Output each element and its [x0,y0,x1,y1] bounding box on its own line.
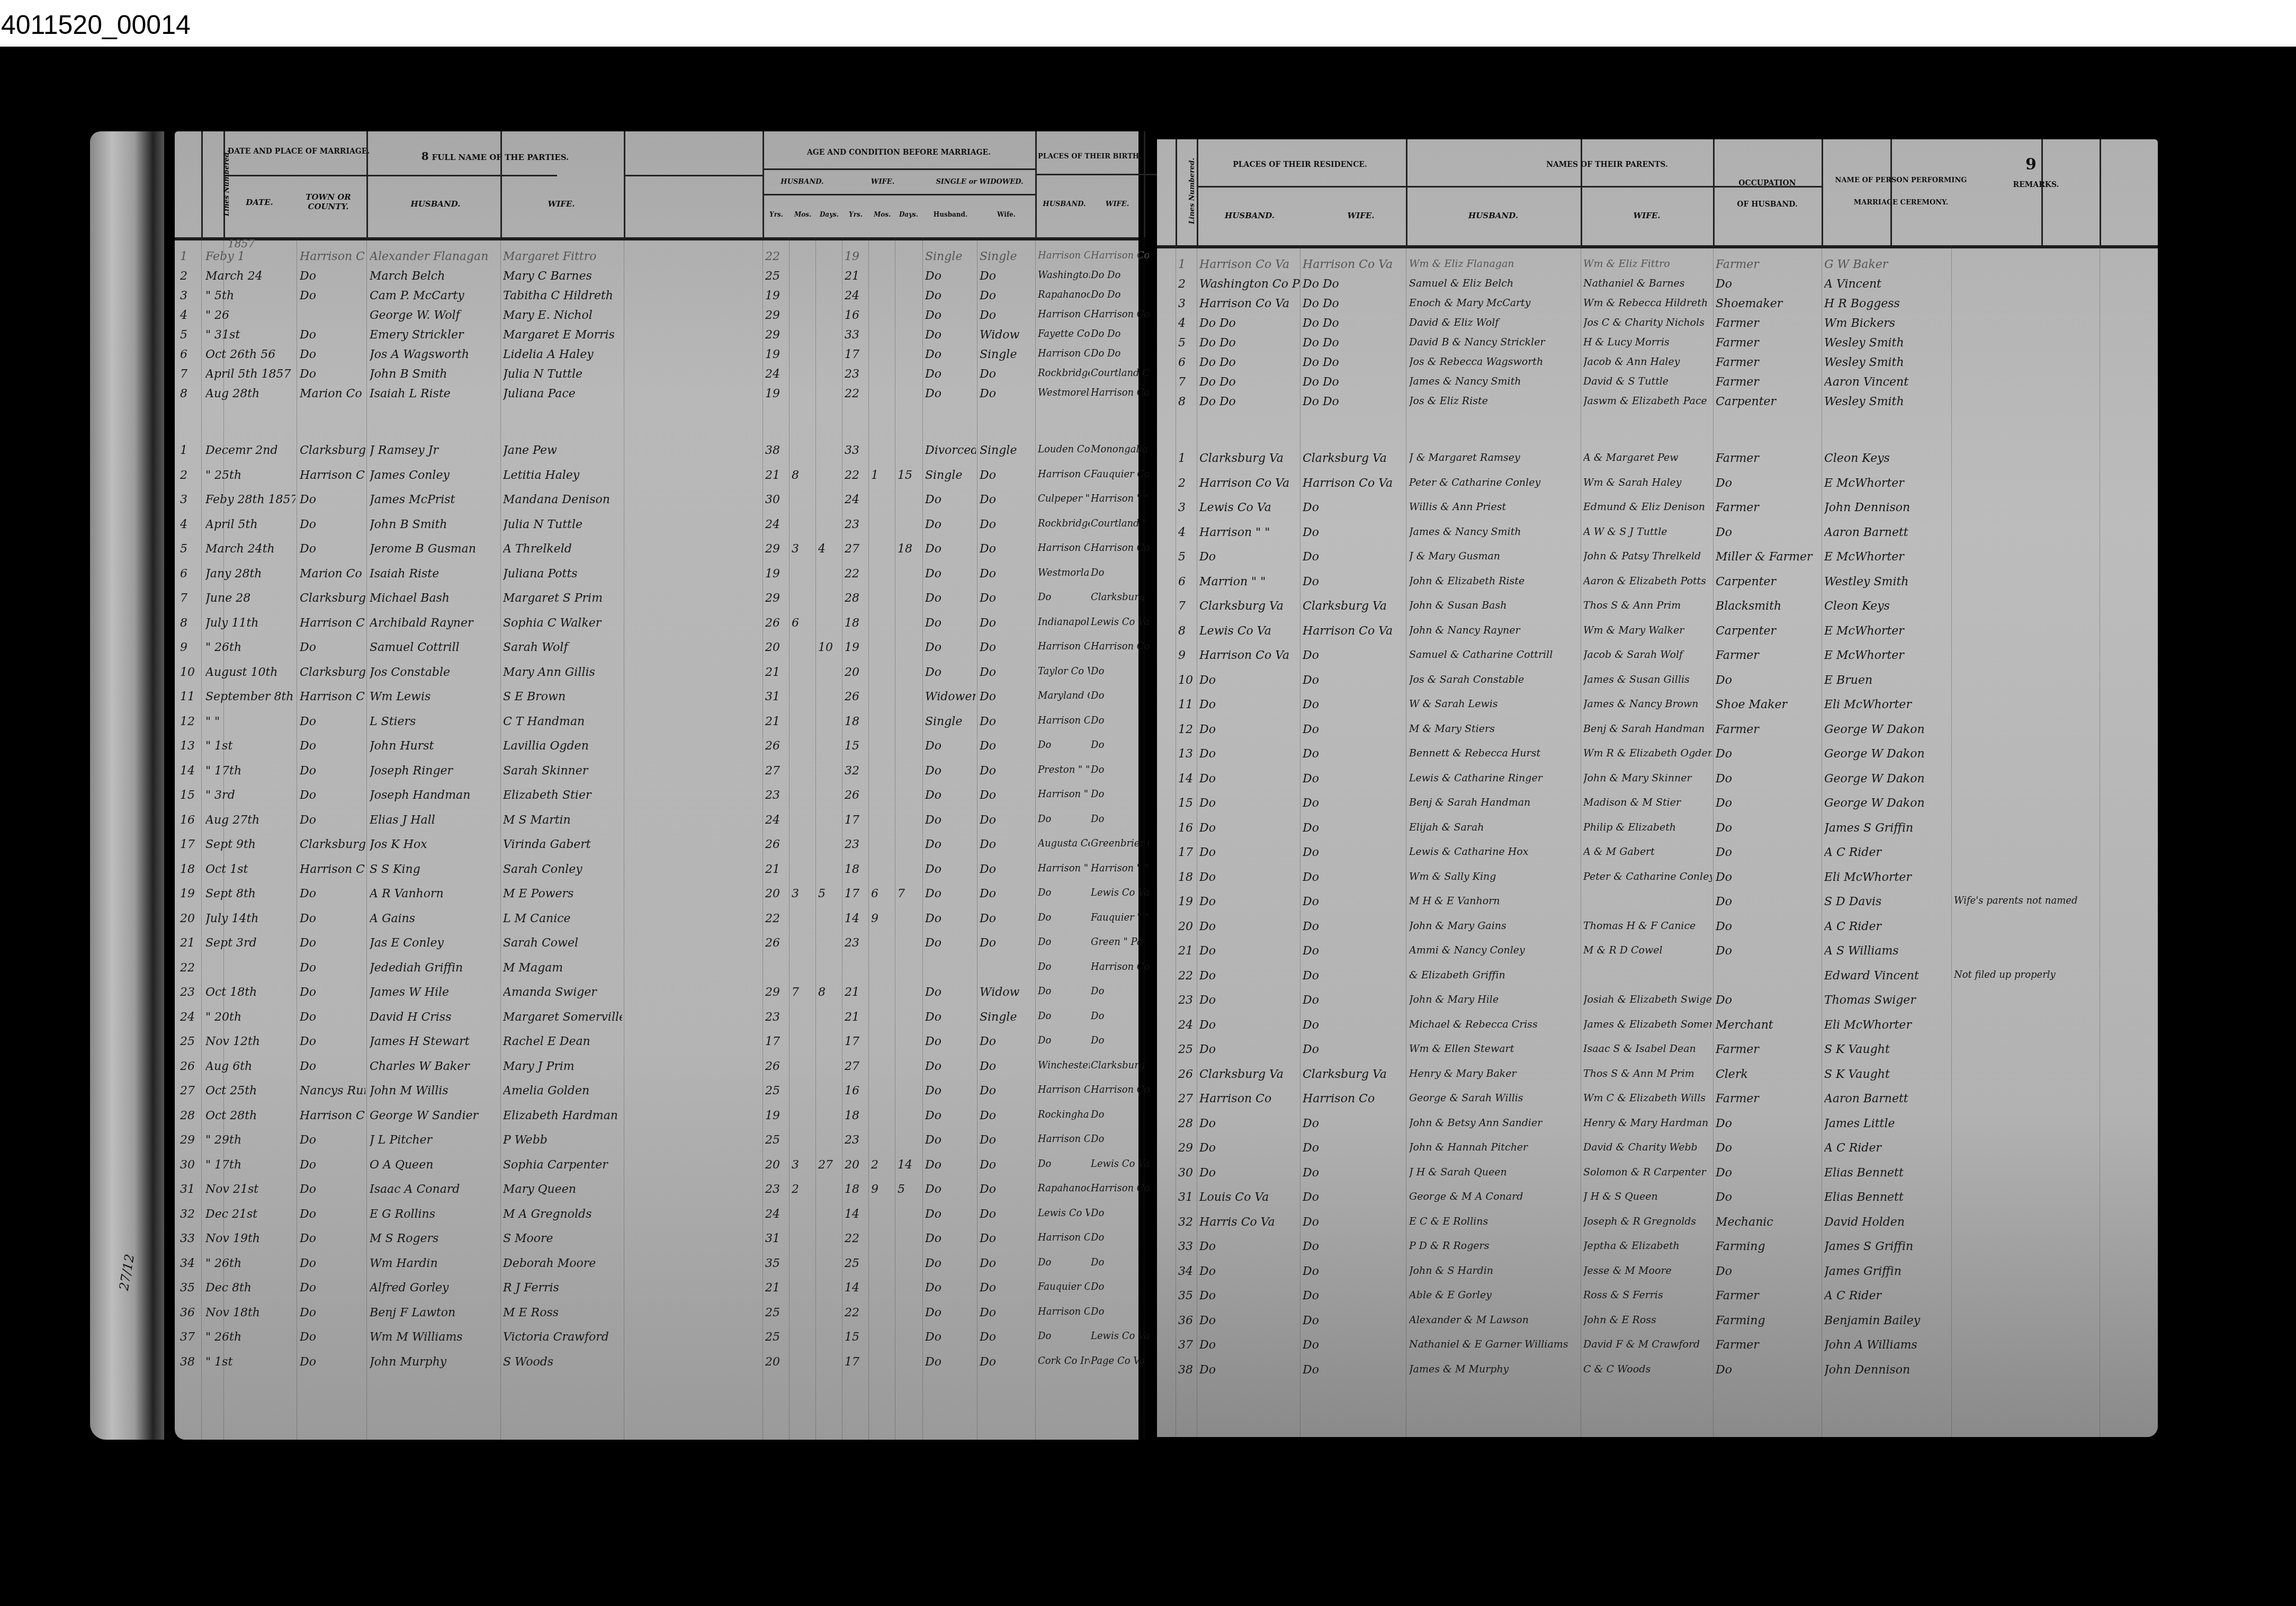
left-entry-w-yrs: 24 [845,289,868,302]
right-entry-no: 33 [1178,1240,1197,1253]
left-entry-no: 31 [180,1183,200,1196]
right-entry-row: 28DoDoJohn & Betsy Ann SandierHenry & Ma… [1157,1115,2158,1135]
left-entry-date: " 26 [205,309,295,322]
right-entry-officiant: E McWhorter [1824,477,1950,490]
left-entry-w-birth: Courtland " NY [1091,518,1149,529]
left-entry-h-cond: Do [925,887,976,900]
right-entry-officiant: John Dennison [1824,1363,1950,1377]
left-entry-w-days: 15 [898,469,921,482]
right-entry-h-parents: P D & R Rogers [1409,1240,1580,1252]
left-entry-w-cond: Do [980,1109,1034,1122]
right-entry-occupation: Farmer [1716,336,1820,350]
left-entry-h-yrs: 17 [765,1035,788,1048]
right-entry-h-res: Do [1199,674,1300,687]
left-entry-h-birth: Harrison Co Va [1038,250,1090,261]
left-entry-w-cond: Do [980,838,1034,851]
right-entry-w-parents: David & S Tuttle [1583,376,1712,387]
right-entry-w-parents: Jesse & M Moore [1583,1265,1712,1277]
left-entry-h-cond: Do [925,1060,976,1073]
left-entry-no: 25 [180,1035,200,1048]
right-entry-no: 23 [1178,994,1197,1007]
right-entry-w-res: Do [1303,1339,1406,1352]
left-entry-date: Aug 28th [205,387,295,400]
left-entry-h-days: 4 [818,542,841,556]
left-entry-h-yrs: 29 [765,309,788,322]
left-entry-w-birth: Do [1091,764,1149,775]
right-entry-w-res: Do [1303,1043,1406,1056]
left-entry-husband: Michael Bash [370,592,499,605]
left-entry-w-yrs: 33 [845,444,868,457]
left-entry-w-yrs: 17 [845,1355,868,1369]
right-entry-occupation: Farmer [1716,723,1820,736]
right-entry-occupation: Farmer [1716,1339,1820,1352]
header-remarks: REMARKS. [1983,181,2089,189]
left-entry-husband: Jos A Wagsworth [370,348,499,361]
left-entry-w-birth: Lewis Co Va [1091,887,1149,898]
left-entry-h-yrs: 29 [765,542,788,556]
left-entry-h-cond: Do [925,493,976,506]
left-entry-no: 34 [180,1257,200,1270]
left-entry-w-birth: Harrison Co Va [1091,250,1149,261]
left-entry-place: Clarksburg [300,838,365,851]
left-entry-h-mos: 6 [792,617,815,630]
right-entry-no: 6 [1178,575,1197,588]
left-entry-w-cond: Do [980,387,1034,400]
right-entry-h-parents: Samuel & Catharine Cottrill [1409,649,1580,661]
right-entry-officiant: A Vincent [1824,278,1950,291]
header-birth-husband: HUSBAND. [1038,200,1091,208]
left-entry-husband: Benj F Lawton [370,1306,499,1319]
right-entry-h-parents: John & Mary Hile [1409,994,1580,1005]
left-entry-place: Do [300,887,365,900]
left-entry-h-cond: Do [925,1281,976,1295]
right-entry-occupation: Farmer [1716,649,1820,662]
left-entry-h-birth: Rockingham County [1038,1109,1090,1120]
left-entry-w-yrs: 28 [845,592,868,605]
left-entry-h-birth: Westmoreland Co Pa [1038,387,1090,398]
left-entry-w-yrs: 14 [845,1208,868,1221]
right-entry-no: 3 [1178,501,1197,514]
right-entry-w-res: Do [1303,526,1406,539]
left-entry-wife: Deborah Moore [503,1257,622,1270]
right-entry-h-res: Do [1199,994,1300,1007]
right-entry-w-parents: J H & S Queen [1583,1191,1712,1202]
right-entry-h-res: Do [1199,1265,1300,1278]
left-entry-no: 15 [180,789,200,802]
right-entry-officiant: Elias Bennett [1824,1166,1950,1180]
left-entry-wife: Mary Queen [503,1183,622,1196]
left-entry-h-yrs: 25 [765,270,788,283]
left-entry-no: 38 [180,1355,200,1369]
left-entry-no: 22 [180,961,200,975]
header-sw-husband: Husband. [924,211,977,218]
left-entry-h-cond: Do [925,1183,976,1196]
right-entry-row: 21DoDoAmmi & Nancy ConleyM & R D CowelDo… [1157,942,2158,962]
left-entry-h-birth: Do [1038,592,1090,603]
right-entry-h-res: Lewis Co Va [1199,501,1300,514]
left-entry-h-birth: Rapahanock Co Va [1038,1183,1090,1194]
left-entry-date: Oct 25th [205,1084,295,1098]
left-entry-no: 2 [180,270,200,283]
left-entry-w-birth: Harrison Co Va [1091,961,1149,972]
left-entry-no: 4 [180,309,200,322]
right-entry-occupation: Farmer [1716,317,1820,330]
left-entry-w-cond: Do [980,270,1034,283]
right-entry-h-parents: W & Sarah Lewis [1409,698,1580,710]
right-entry-row: 6Do DoDo DoJos & Rebecca WagsworthJacob … [1157,354,2158,373]
left-entry-h-cond: Do [925,368,976,381]
right-entry-h-parents: Lewis & Catharine Hox [1409,846,1580,858]
right-entry-w-parents: James & Nancy Brown [1583,698,1712,710]
left-page-header: Lines Numbered. DATE AND PLACE OF MARRIA… [175,131,1138,240]
left-entry-w-yrs: 23 [845,936,868,950]
right-entry-w-parents: Nathaniel & Barnes [1583,278,1712,289]
left-entry-w-birth: Fauquier Co Va [1091,469,1149,480]
left-entry-w-days: 5 [898,1183,921,1196]
right-entry-w-parents: Peter & Catharine Conley [1583,871,1712,882]
right-entry-h-res: Clarksburg Va [1199,600,1300,613]
left-entry-h-yrs: 30 [765,493,788,506]
left-entry-w-birth: Harrison Co Va [1091,641,1149,652]
right-entry-h-res: Do [1199,1019,1300,1032]
right-entry-no: 13 [1178,747,1197,761]
left-entry-date: " 5th [205,289,295,302]
left-entry-date: " 29th [205,1134,295,1147]
left-entry-wife: S E Brown [503,690,622,703]
left-entry-husband: Jerome B Gusman [370,542,499,556]
left-entry-place: Clarksburg [300,592,365,605]
left-entry-w-cond: Do [980,863,1034,876]
header-birth-places: PLACES OF THEIR BIRTH. [1038,153,1141,160]
left-entry-w-yrs: 17 [845,814,868,827]
left-entry-no: 24 [180,1011,200,1024]
right-entry-w-parents: A W & S J Tuttle [1583,526,1712,538]
left-entry-h-birth: Harrison Co Va [1038,715,1090,726]
left-entry-wife: Sarah Conley [503,863,622,876]
left-entry-husband: Isaiah Riste [370,567,499,581]
right-entry-occupation: Carpenter [1716,624,1820,638]
left-entry-h-cond: Do [925,348,976,361]
right-entry-h-parents: Wm & Eliz Flanagan [1409,258,1580,270]
right-entry-h-res: Do Do [1199,376,1300,389]
right-entry-w-res: Do Do [1303,356,1406,369]
right-entry-occupation: Farming [1716,1240,1820,1253]
right-entry-h-parents: George & M A Conard [1409,1191,1580,1202]
right-entry-officiant: Edward Vincent [1824,969,1950,983]
left-entry-place: Do [300,1134,365,1147]
left-entry-w-yrs: 18 [845,1109,868,1122]
header-officiant: NAME OF PERSON PERFORMING [1822,176,1980,184]
right-entry-occupation: Do [1716,526,1820,539]
right-entry-h-parents: Alexander & M Lawson [1409,1314,1580,1326]
left-entry-place: Do [300,961,365,975]
left-entry-wife: C T Handman [503,715,622,728]
left-entry-husband: Isaac A Conard [370,1183,499,1196]
left-entry-w-cond: Do [980,1134,1034,1147]
right-entry-w-parents: Isaac S & Isabel Dean [1583,1043,1712,1055]
left-entry-date: Aug 27th [205,814,295,827]
right-entry-h-res: Do [1199,822,1300,835]
right-entry-no: 18 [1178,871,1197,884]
left-entry-w-birth: Do [1091,567,1149,578]
right-entry-row: 8Do DoDo DoJos & Eliz RisteJaswm & Eliza… [1157,393,2158,413]
header-age-wife: WIFE. [843,178,922,186]
left-entry-no: 19 [180,887,200,900]
left-entry-no: 29 [180,1134,200,1147]
right-entry-officiant: Eli McWhorter [1824,871,1950,884]
left-entry-row: 33Nov 19thDoM S RogersS Moore3122DoDoHar… [175,1230,1138,1250]
right-entry-w-res: Do [1303,1289,1406,1302]
left-entry-h-birth: Harrison Co Va [1038,1306,1090,1317]
right-entry-no: 30 [1178,1166,1197,1180]
right-entry-h-parents: James & Nancy Smith [1409,526,1580,538]
right-entry-h-parents: Lewis & Catharine Ringer [1409,772,1580,784]
left-entry-w-cond: Do [980,1208,1034,1221]
left-entry-w-birth: Do [1091,715,1149,726]
left-entry-w-cond: Do [980,1281,1034,1295]
right-entry-w-res: Do [1303,747,1406,761]
right-entry-no: 15 [1178,797,1197,810]
left-entry-husband: A R Vanhorn [370,887,499,900]
header-officiant-sub: MARRIAGE CEREMONY. [1822,199,1980,207]
left-entry-h-birth: Do [1038,814,1090,825]
right-entry-occupation: Carpenter [1716,575,1820,588]
right-entry-occupation: Do [1716,797,1820,810]
right-entry-w-res: Do [1303,698,1406,711]
right-entry-no: 7 [1178,376,1197,389]
left-entry-h-yrs: 20 [765,1158,788,1172]
left-entry-wife: Virinda Gabert [503,838,622,851]
left-entry-husband: A Gains [370,912,499,925]
left-entry-w-birth: Do [1091,666,1149,677]
right-entry-w-parents: Wm & Sarah Haley [1583,477,1712,488]
header-par-wife: WIFE. [1581,211,1713,220]
left-entry-h-cond: Do [925,289,976,302]
right-entry-w-res: Do Do [1303,336,1406,350]
left-page: Lines Numbered. DATE AND PLACE OF MARRIA… [175,131,1138,1440]
right-entry-h-res: Do [1199,747,1300,761]
right-entry-h-parents: Samuel & Eliz Belch [1409,278,1580,289]
right-entry-w-res: Do [1303,575,1406,588]
left-entry-no: 27 [180,1084,200,1098]
left-entry-wife: Letitia Haley [503,469,622,482]
left-entry-h-birth: Winchester Va [1038,1060,1090,1071]
left-entry-w-cond: Do [980,1232,1034,1245]
left-entry-h-birth: Do [1038,936,1090,948]
left-entry-wife: M E Ross [503,1306,622,1319]
left-entry-h-yrs: 22 [765,912,788,925]
left-entry-wife: A Threlkeld [503,542,622,556]
right-entry-w-parents: Jacob & Ann Haley [1583,356,1712,368]
left-entry-w-cond: Do [980,912,1034,925]
header-h-mos: Mos. [790,211,815,218]
right-entry-no: 5 [1178,336,1197,350]
right-entry-no: 3 [1178,297,1197,310]
right-entry-no: 21 [1178,944,1197,958]
header-age-condition: AGE AND CONDITION BEFORE MARRIAGE. [763,148,1035,157]
right-entry-row: 5Do DoDo DoDavid B & Nancy StricklerH & … [1157,334,2158,354]
left-entry-w-cond: Do [980,936,1034,950]
left-entry-row: 27Oct 25thNancys RunJohn M WillisAmelia … [175,1082,1138,1102]
header-date: DATE. [228,198,291,207]
left-entry-husband: Wm M Williams [370,1331,499,1344]
left-entry-w-yrs: 22 [845,469,868,482]
left-entry-w-birth: Lewis Co Va [1091,1331,1149,1342]
left-entry-husband: John B Smith [370,518,499,531]
right-entry-w-parents: David & Charity Webb [1583,1141,1712,1153]
left-entry-w-birth: Do [1091,1306,1149,1317]
page-mark: 8 [421,150,429,163]
left-entry-wife: L M Canice [503,912,622,925]
left-entry-w-birth: Do Do [1091,328,1149,340]
left-entry-wife: R J Ferris [503,1281,622,1295]
left-entry-h-birth: Taylor Co Va [1038,666,1090,677]
left-entry-w-cond: Do [980,789,1034,802]
left-entry-no: 20 [180,912,200,925]
right-entry-row: 17DoDoLewis & Catharine HoxA & M GabertD… [1157,844,2158,863]
left-entry-husband: Alexander Flanagan [370,250,499,263]
right-entry-row: 25DoDoWm & Ellen StewartIsaac S & Isabel… [1157,1041,2158,1060]
right-entry-h-res: Do Do [1199,317,1300,330]
right-entry-w-parents: James & Elizabeth Somerville [1583,1019,1712,1030]
left-entry-wife: Victoria Crawford [503,1331,622,1344]
right-entry-no: 7 [1178,600,1197,613]
right-entry-h-res: Harrison Co Va [1199,258,1300,271]
left-entry-date: Dec 21st [205,1208,295,1221]
right-entry-officiant: James S Griffin [1824,1240,1950,1253]
left-entry-h-cond: Do [925,309,976,322]
right-entry-h-res: Clarksburg Va [1199,452,1300,465]
left-entry-date: Decemr 2nd [205,444,295,457]
right-entry-row: 36DoDoAlexander & M LawsonJohn & E RossF… [1157,1312,2158,1332]
right-entry-no: 31 [1178,1191,1197,1204]
right-entry-row: 12DoDoM & Mary StiersBenj & Sarah Handma… [1157,721,2158,740]
right-entry-w-res: Do [1303,1240,1406,1253]
left-entry-h-birth: Harrison Co Va [1038,469,1090,480]
left-entry-no: 5 [180,328,200,342]
left-entry-place: Do [300,1060,365,1073]
right-entry-h-parents: James & Nancy Smith [1409,376,1580,387]
left-entry-no: 2 [180,469,200,482]
left-entry-w-days: 18 [898,542,921,556]
left-entry-w-yrs: 14 [845,912,868,925]
left-entry-no: 16 [180,814,200,827]
left-entry-place: Do [300,1281,365,1295]
header-occupation-sub: OF HUSBAND. [1713,200,1822,209]
left-entry-h-cond: Do [925,1208,976,1221]
left-entry-place: Do [300,1355,365,1369]
left-entry-w-days: 14 [898,1158,921,1172]
right-entry-row: 14DoDoLewis & Catharine RingerJohn & Mar… [1157,770,2158,790]
left-entry-wife: Elizabeth Hardman [503,1109,622,1122]
left-entry-h-birth: Maryland Co Md [1038,690,1090,701]
right-entry-row: 13DoDoBennett & Rebecca HurstWm R & Eliz… [1157,745,2158,765]
left-entry-w-cond: Widow [980,986,1034,999]
right-entry-occupation: Do [1716,822,1820,835]
left-entry-h-birth: Do [1038,739,1090,751]
right-entry-h-parents: J H & Sarah Queen [1409,1166,1580,1178]
right-entry-w-res: Do [1303,1191,1406,1204]
left-entry-w-yrs: 33 [845,328,868,342]
left-entry-h-birth: Harrison Co Va [1038,309,1090,320]
left-entry-no: 4 [180,518,200,531]
header-par-husband: HUSBAND. [1406,211,1581,220]
left-entry-h-birth: Harrison " " [1038,789,1090,800]
left-entry-w-mos: 9 [871,912,894,925]
right-entry-w-res: Do [1303,1265,1406,1278]
left-entry-place: Do [300,270,365,283]
left-entry-w-yrs: 23 [845,518,868,531]
left-entry-h-yrs: 29 [765,986,788,999]
right-entry-occupation: Do [1716,871,1820,884]
left-entry-no: 36 [180,1306,200,1319]
left-entry-date: March 24 [205,270,295,283]
left-entry-row: 37" 26thDoWm M WilliamsVictoria Crawford… [175,1328,1138,1348]
left-entry-place: Nancys Run [300,1084,365,1098]
right-entry-officiant: George W Dakon [1824,772,1950,786]
right-entry-row: 31Louis Co VaDoGeorge & M A ConardJ H & … [1157,1189,2158,1208]
right-entry-occupation: Do [1716,1191,1820,1204]
left-entry-place: Do [300,1035,365,1048]
left-entry-no: 13 [180,739,200,753]
left-entry-place: Do [300,348,365,361]
right-entry-h-res: Do [1199,846,1300,859]
left-entry-row: 18Oct 1stHarrison Co VaS S KingSarah Con… [175,861,1138,880]
left-entry-w-yrs: 20 [845,666,868,679]
left-entry-w-birth: Do [1091,1035,1149,1046]
left-entry-h-yrs: 23 [765,1011,788,1024]
book-edge [90,131,164,1440]
header-w-mos: Mos. [869,211,895,218]
left-entry-w-birth: Do Do [1091,270,1149,281]
right-entry-h-res: Do [1199,698,1300,711]
left-entry-h-cond: Single [925,250,976,263]
left-entry-husband: J L Pitcher [370,1134,499,1147]
right-entry-h-parents: James & M Murphy [1409,1363,1580,1375]
left-entry-w-cond: Do [980,1035,1034,1048]
left-entry-h-yrs: 22 [765,250,788,263]
left-entry-date: Aug 6th [205,1060,295,1073]
right-entry-w-parents: Thos S & Ann Prim [1583,600,1712,611]
left-entry-no: 5 [180,542,200,556]
left-entry-w-birth: Do [1091,986,1149,997]
right-entry-w-parents: Benj & Sarah Handman [1583,723,1712,735]
left-entry-h-yrs: 19 [765,348,788,361]
left-entry-date: April 5th [205,518,295,531]
right-entry-officiant: John A Williams [1824,1339,1950,1352]
right-entry-occupation: Farmer [1716,452,1820,465]
left-entry-w-yrs: 23 [845,368,868,381]
right-entry-h-res: Do [1199,550,1300,564]
right-entry-h-parents: David B & Nancy Strickler [1409,336,1580,348]
left-entry-h-yrs: 26 [765,936,788,950]
right-entry-officiant: A C Rider [1824,1141,1950,1155]
right-entry-w-res: Do [1303,1117,1406,1130]
left-entry-w-mos: 6 [871,887,894,900]
left-entry-h-yrs: 35 [765,1257,788,1270]
left-entry-w-cond: Do [980,764,1034,778]
right-entry-w-parents: Wm R & Elizabeth Ogden [1583,747,1712,759]
left-entry-h-days: 8 [818,986,841,999]
right-entry-occupation: Farmer [1716,258,1820,271]
left-entry-w-birth: Monongalia Co Va [1091,444,1149,455]
left-entry-wife: Mary Ann Gillis [503,666,622,679]
right-entry-occupation: Do [1716,994,1820,1007]
left-entry-husband: Joseph Ringer [370,764,499,778]
left-entry-h-cond: Single [925,469,976,482]
left-entry-w-yrs: 17 [845,1035,868,1048]
left-entry-w-cond: Do [980,518,1034,531]
